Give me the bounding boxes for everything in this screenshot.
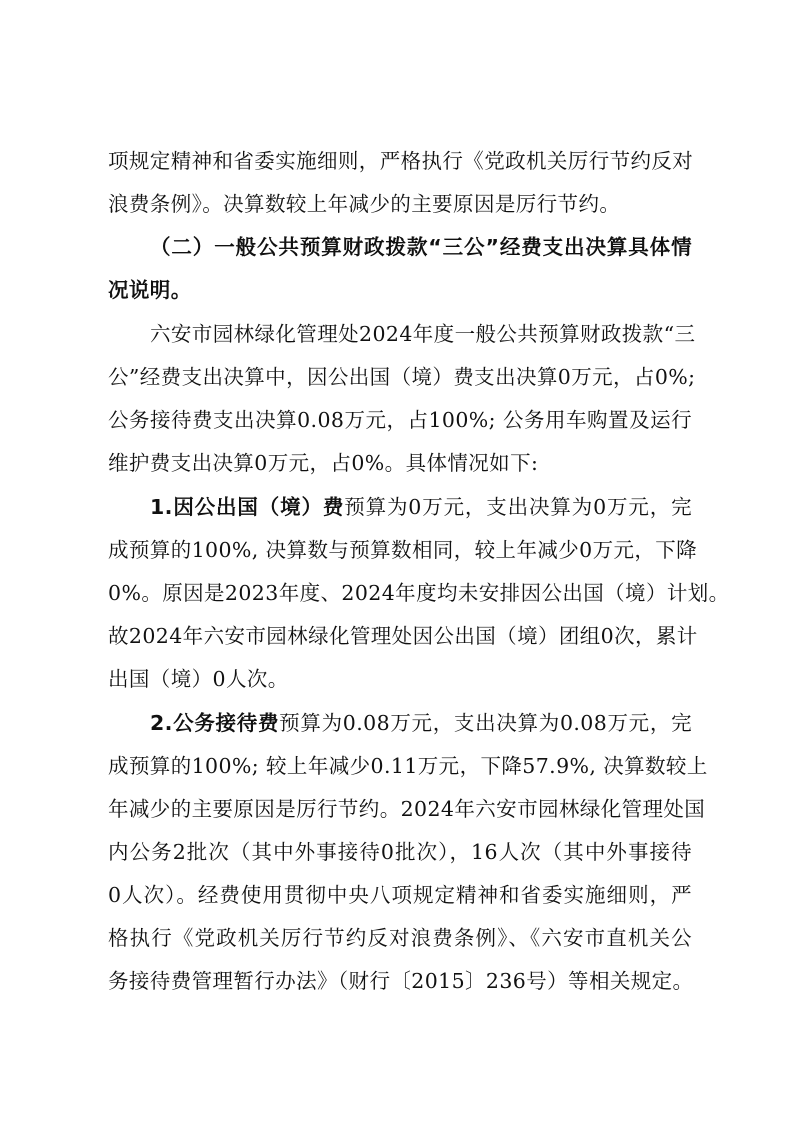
paragraph-line: 浪费条例》。决算数较上年减少的主要原因是厉行节约。 — [108, 189, 692, 219]
item-2-title: 2.公务接待费 — [150, 711, 279, 735]
paragraph-line: 故2024年六安市园林绿化管理处因公出国（境）团组0次，累计 — [108, 621, 692, 651]
paragraph-line: 格执行《党政机关厉行节约反对浪费条例》、《六安市直机关公 — [108, 923, 692, 953]
paragraph-line: 出国（境）0人次。 — [108, 664, 692, 694]
paragraph-line: 维护费支出决算0万元，占0%。具体情况如下: — [108, 448, 692, 478]
paragraph-line: 务接待费管理暂行办法》（财行〔2015〕236号）等相关规定。 — [108, 966, 692, 996]
section-heading: （二）一般公共预算财政拨款“三公”经费支出决算具体情 — [150, 232, 692, 262]
item-1-title: 1.因公出国（境）费 — [150, 495, 344, 519]
paragraph-line: 年减少的主要原因是厉行节约。2024年六安市园林绿化管理处国 — [108, 794, 692, 824]
paragraph-line: 0%。原因是2023年度、2024年度均未安排因公出国（境）计划。 — [108, 578, 692, 608]
paragraph-line: 六安市园林绿化管理处2024年度一般公共预算财政拨款“三 — [150, 319, 692, 349]
paragraph-line: 项规定精神和省委实施细则，严格执行《党政机关厉行节约反对 — [108, 146, 692, 176]
document-page: 项规定精神和省委实施细则，严格执行《党政机关厉行节约反对 浪费条例》。决算数较上… — [0, 0, 793, 1122]
paragraph-line: 0人次）。经费使用贯彻中央八项规定精神和省委实施细则，严 — [108, 880, 692, 910]
paragraph-line: 公”经费支出决算中，因公出国（境）费支出决算0万元，占0%; — [108, 362, 692, 392]
paragraph-line: 成预算的100%; 较上年减少0.11万元，下降57.9%, 决算数较上 — [108, 751, 692, 781]
item-2-text: 预算为0.08万元，支出决算为0.08万元，完 — [279, 711, 692, 735]
paragraph-line: 内公务2批次（其中外事接待0批次），16人次（其中外事接待 — [108, 837, 692, 867]
section-heading-cont: 况说明。 — [108, 275, 692, 305]
paragraph-line: 公务接待费支出决算0.08万元，占100%; 公务用车购置及运行 — [108, 405, 692, 435]
item-2-line: 2.公务接待费预算为0.08万元，支出决算为0.08万元，完 — [150, 708, 692, 738]
paragraph-line: 成预算的100%, 决算数与预算数相同，较上年减少0万元，下降 — [108, 535, 692, 565]
item-1-text: 预算为0万元，支出决算为0万元，完 — [344, 495, 692, 519]
item-1-line: 1.因公出国（境）费预算为0万元，支出决算为0万元，完 — [150, 492, 692, 522]
